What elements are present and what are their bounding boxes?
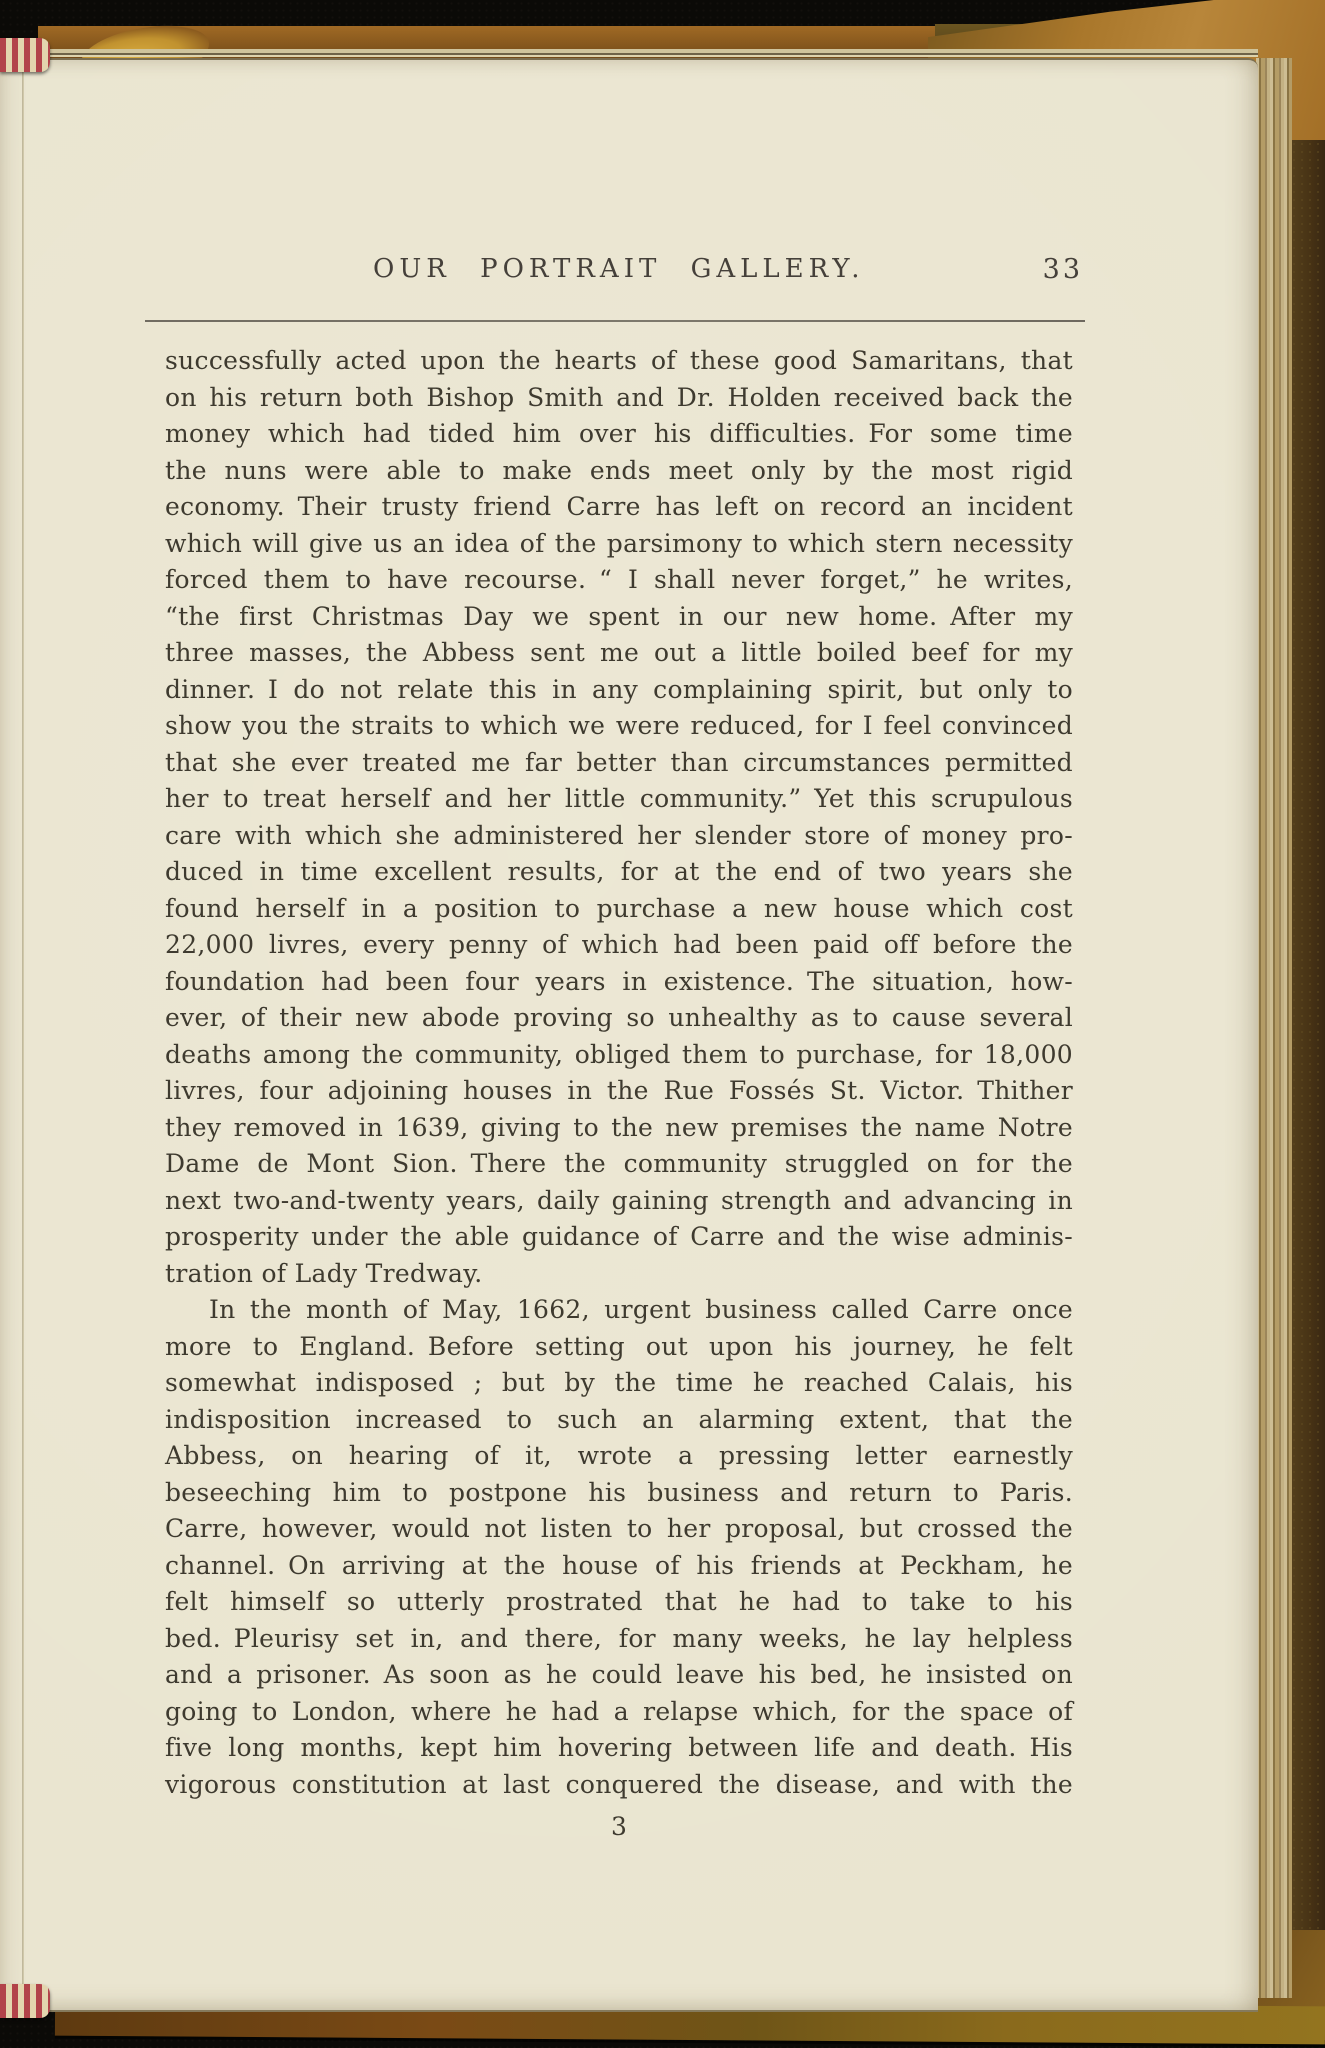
text-line: on his return both Bishop Smith and Dr. … [165, 380, 1073, 417]
headband-bottom [0, 1984, 50, 2018]
header-rule [145, 320, 1085, 322]
text-line: forced them to have recourse. “ I shall … [165, 562, 1073, 599]
text-line: care with which she administered her sle… [165, 818, 1073, 855]
running-head: OUR PORTRAIT GALLERY. 33 [145, 254, 1085, 294]
page-top-edge-highlight [0, 49, 1258, 57]
right-cover-leather [1290, 140, 1325, 2010]
text-line: somewhat indisposed ; but by the time he… [165, 1365, 1073, 1402]
text-line: foundation had been four years in existe… [165, 964, 1073, 1001]
text-line: the nuns were able to make ends meet onl… [165, 453, 1073, 490]
text-line: and a prisoner. As soon as he could leav… [165, 1657, 1073, 1694]
text-line: prosperity under the able guidance of Ca… [165, 1219, 1073, 1256]
text-line: beseeching him to postpone his business … [165, 1475, 1073, 1512]
text-line: next two-and-twenty years, daily gaining… [165, 1183, 1073, 1220]
text-line: tration of Lady Tredway. [165, 1256, 1073, 1293]
text-line: duced in time excellent results, for at … [165, 854, 1073, 891]
text-line: livres, four adjoining houses in the Rue… [165, 1073, 1073, 1110]
text-line: vigorous constitution at last conquered … [165, 1767, 1073, 1804]
text-line: 22,000 livres, every penny of which had … [165, 927, 1073, 964]
text-line: dinner. I do not relate this in any comp… [165, 672, 1073, 709]
text-line: found herself in a position to purchase … [165, 891, 1073, 928]
signature-mark: 3 [165, 1812, 1073, 1841]
text-line: money which had tided him over his diffi… [165, 416, 1073, 453]
text-line: Dame de Mont Sion. There the community s… [165, 1146, 1073, 1183]
text-line: indisposition increased to such an alarm… [165, 1402, 1073, 1439]
page-gutter-crease [22, 60, 24, 2010]
text-line: Abbess, on hearing of it, wrote a pressi… [165, 1438, 1073, 1475]
text-line: channel. On arriving at the house of his… [165, 1548, 1073, 1585]
headband-top [0, 38, 50, 72]
page-body-text: successfully acted upon the hearts of th… [165, 343, 1073, 1803]
text-line: economy. Their trusty friend Carre has l… [165, 489, 1073, 526]
book-page: OUR PORTRAIT GALLERY. 33 successfully ac… [0, 58, 1258, 2012]
text-line: five long months, kept him hovering betw… [165, 1730, 1073, 1767]
text-line: they removed in 1639, giving to the new … [165, 1110, 1073, 1147]
text-line: more to England. Before setting out upon… [165, 1329, 1073, 1366]
page-number: 33 [1043, 254, 1083, 285]
text-line: “the first Christmas Day we spent in our… [165, 599, 1073, 636]
text-line: three masses, the Abbess sent me out a l… [165, 635, 1073, 672]
text-line: deaths among the community, obliged them… [165, 1037, 1073, 1074]
text-line: bed. Pleurisy set in, and there, for man… [165, 1621, 1073, 1658]
text-line: In the month of May, 1662, urgent busine… [165, 1292, 1073, 1329]
text-line: that she ever treated me far better than… [165, 745, 1073, 782]
text-line: her to treat herself and her little comm… [165, 781, 1073, 818]
text-line: which will give us an idea of the parsim… [165, 526, 1073, 563]
text-line: going to London, where he had a relapse … [165, 1694, 1073, 1731]
running-header-title: OUR PORTRAIT GALLERY. [373, 254, 864, 284]
text-line: successfully acted upon the hearts of th… [165, 343, 1073, 380]
book-scan-photo: OUR PORTRAIT GALLERY. 33 successfully ac… [0, 0, 1325, 2048]
text-line: ever, of their new abode proving so unhe… [165, 1000, 1073, 1037]
text-line: Carre, however, would not listen to her … [165, 1511, 1073, 1548]
page-fore-edges [1256, 58, 1292, 1998]
text-line: felt himself so utterly prostrated that … [165, 1584, 1073, 1621]
text-line: show you the straits to which we were re… [165, 708, 1073, 745]
